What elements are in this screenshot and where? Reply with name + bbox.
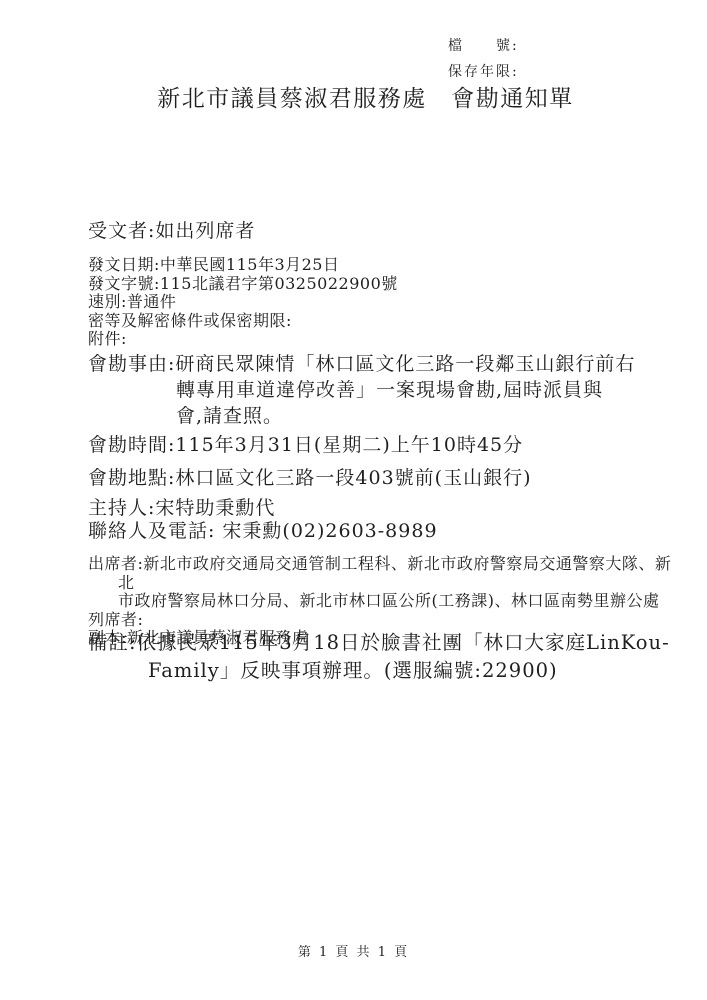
document-page: 檔 號: 保存年限: 新北市議員蔡淑君服務處 會勘通知單 受文者:如出列席者 發… [0,0,707,1000]
survey-place-line: 會勘地點:林口區文化三路一段403號前(玉山銀行) [88,465,532,491]
attachment-line: 附件: [88,330,398,349]
remark-label: 備註: [88,631,137,654]
survey-subject-line: 會勘事由:研商民眾陳情「林口區文化三路一段鄰玉山銀行前右 轉專用車道違停改善」一… [88,351,707,429]
survey-place-value: 林口區文化三路一段403號前(玉山銀行) [175,467,531,489]
attendees-label: 出席者: [88,554,143,573]
meta-block: 發文日期:中華民國115年3月25日 發文字號:115北議君字第03250229… [88,256,398,349]
issue-date-value: 中華民國115年3月25日 [160,255,340,274]
doc-number-value: 115北議君字第0325022900號 [160,274,398,293]
host-value: 宋特助秉勳代 [155,497,275,519]
priority-line: 速別:普通件 [88,293,398,312]
classification-line: 密等及解密條件或保密期限: [88,312,398,331]
issue-date-line: 發文日期:中華民國115年3月25日 [88,256,398,275]
survey-subject-value: 研商民眾陳情「林口區文化三路一段鄰玉山銀行前右 轉專用車道違停改善」一案現場會勘… [175,353,635,427]
priority-value: 普通件 [127,292,177,311]
document-title: 新北市議員蔡淑君服務處 會勘通知單 [24,80,707,113]
survey-time-line: 會勘時間:115年3月31日(星期二)上午10時45分 [88,432,523,458]
classification-label: 密等及解密條件或保密期限: [88,311,292,330]
attendees-line: 出席者:新北市政府交通局交通管制工程科、新北市政府警察局交通警察大隊、新北 市政… [88,555,673,611]
issue-date-label: 發文日期: [88,255,160,274]
contact-line: 聯絡人及電話:宋秉勳(02)2603-8989 [88,518,438,544]
survey-subject-label: 會勘事由: [88,353,175,375]
contact-value: 宋秉勳(02)2603-8989 [222,520,437,542]
remark-value: 依據民眾115年3月18日於臉書社團「林口大家庭LinKou- Family」反… [137,631,670,682]
attendees-value: 新北市政府交通局交通管制工程科、新北市政府警察局交通警察大隊、新北 市政府警察局… [118,554,671,610]
recipient-value: 如出列席者 [155,220,255,242]
file-number-label: 檔 號: [448,33,519,59]
survey-time-label: 會勘時間: [88,434,175,456]
remark-line: 備註:依據民眾115年3月18日於臉書社團「林口大家庭LinKou- Famil… [88,629,707,685]
page-number: 第 1 頁 共 1 頁 [0,941,707,960]
priority-label: 速別: [88,292,127,311]
observers-line: 列席者: [88,611,673,630]
recipient-line: 受文者:如出列席者 [88,218,255,244]
survey-place-label: 會勘地點: [88,467,175,489]
attachment-label: 附件: [88,329,127,348]
host-label: 主持人: [88,497,155,519]
observers-label: 列席者: [88,610,143,629]
survey-time-value: 115年3月31日(星期二)上午10時45分 [175,434,523,456]
file-info-block: 檔 號: 保存年限: [448,33,519,85]
contact-label: 聯絡人及電話: [88,520,215,542]
recipient-label: 受文者: [88,220,155,242]
doc-number-line: 發文字號:115北議君字第0325022900號 [88,275,398,294]
doc-number-label: 發文字號: [88,274,160,293]
